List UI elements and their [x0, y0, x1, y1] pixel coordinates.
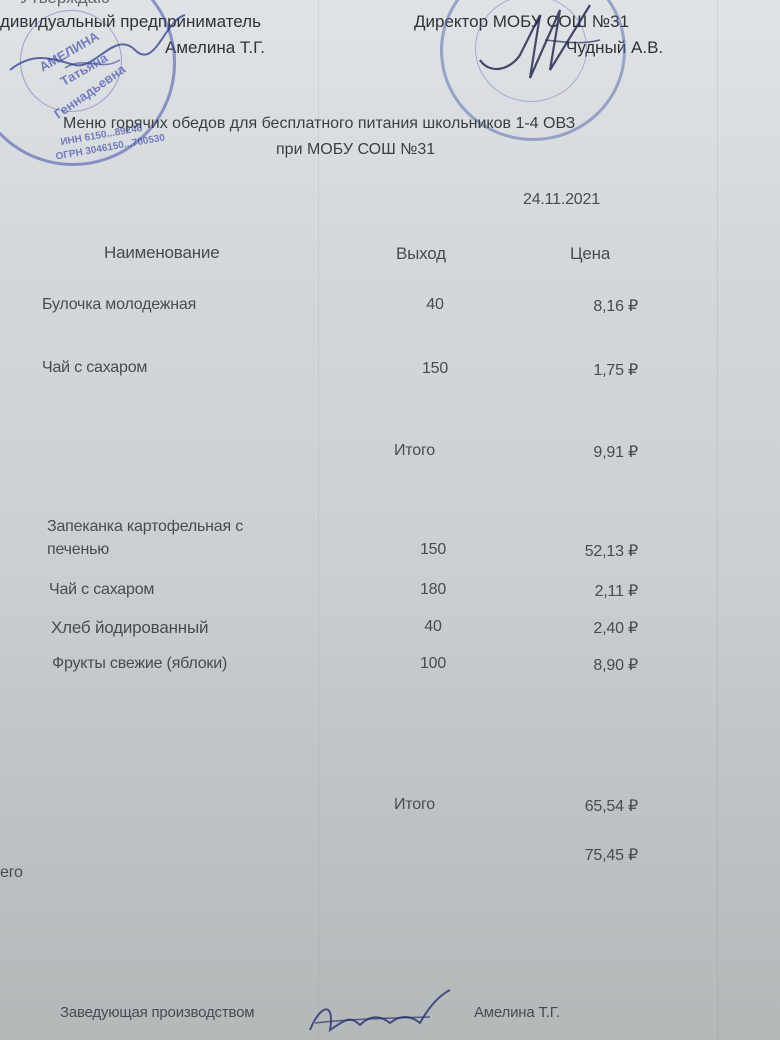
subtotal-value: 9,91 ₽: [540, 442, 638, 462]
footer-role: Заведующая производством: [60, 1004, 254, 1021]
row-output: 100: [403, 655, 463, 673]
row-price: 2,40 ₽: [540, 618, 638, 638]
footer-name: Амелина Т.Г.: [474, 1004, 560, 1021]
row-price: 8,16 ₽: [540, 296, 638, 316]
document-date: 24.11.2021: [523, 191, 600, 209]
row-price: 2,11 ₽: [540, 581, 638, 601]
subtotal-label: Итого: [394, 442, 435, 460]
row-output: 150: [403, 541, 463, 559]
row-output: 40: [403, 618, 463, 636]
grand-total-label: его: [0, 864, 23, 882]
row-output: 40: [405, 296, 465, 314]
subtotal-label: Итого: [394, 796, 435, 814]
row-name: Булочка молодежная: [42, 296, 196, 314]
header-name: Наименование: [104, 243, 219, 263]
row-price: 8,90 ₽: [540, 655, 638, 675]
header-output: Выход: [396, 244, 446, 264]
row-name-line1: Запеканка картофельная с: [47, 518, 243, 536]
document-title-line2: при МОБУ СОШ №31: [276, 141, 435, 159]
row-name: Чай с сахаром: [42, 359, 147, 377]
row-name: Хлеб йодированный: [51, 618, 208, 638]
row-name-line2: печенью: [47, 541, 109, 559]
row-price: 1,75 ₽: [540, 360, 638, 380]
header-price: Цена: [570, 244, 610, 264]
grand-total-value: 75,45 ₽: [540, 845, 638, 865]
paper-crease: [717, 0, 718, 1040]
row-name: Фрукты свежие (яблоки): [52, 655, 227, 673]
signature-director: [470, 0, 670, 100]
row-output: 150: [405, 360, 465, 378]
row-name: Чай с сахаром: [49, 581, 154, 599]
row-output: 180: [403, 581, 463, 599]
subtotal-value: 65,54 ₽: [540, 796, 638, 816]
document-title-line1: Меню горячих обедов для бесплатного пита…: [63, 115, 575, 133]
signature-production-manager: [290, 985, 490, 1040]
row-price: 52,13 ₽: [540, 541, 638, 561]
signature-entrepreneur: [5, 10, 205, 90]
